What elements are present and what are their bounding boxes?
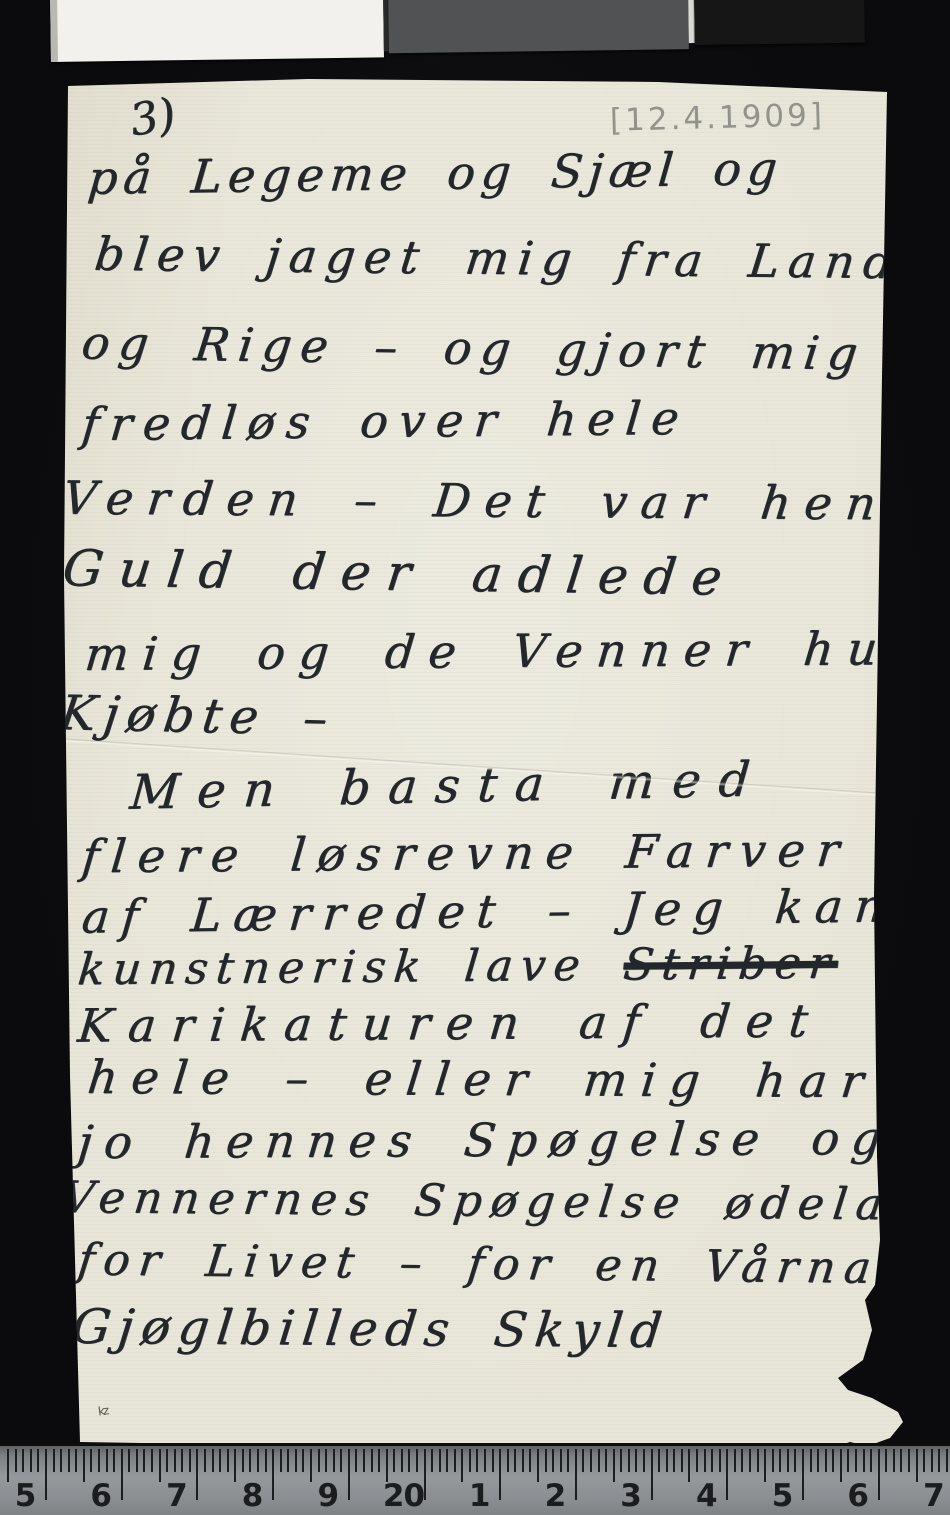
ruler-tick — [174, 1449, 176, 1472]
ruler-tick — [128, 1449, 130, 1472]
ruler-tick — [318, 1449, 320, 1472]
handwriting-line: fredløs over hele — [80, 395, 692, 447]
ruler-tick — [280, 1449, 282, 1472]
crossed-out-word: Striber — [621, 938, 840, 991]
handwriting-line: på Legeme og Sjæl og — [86, 145, 785, 201]
ruler-tick — [454, 1449, 456, 1472]
ruler-tick — [393, 1449, 395, 1472]
ruler-tick — [15, 1449, 17, 1472]
letter-page: 3) [12.4.1909] på Legeme og Sjæl ogblev … — [58, 76, 910, 1452]
ruler-tick — [98, 1449, 100, 1472]
scan-stage: 3) [12.4.1909] på Legeme og Sjæl ogblev … — [0, 0, 950, 1515]
ruler-number: 4 — [676, 1478, 736, 1514]
ruler-tick — [787, 1449, 789, 1472]
ruler-tick — [401, 1449, 403, 1472]
ruler-tick — [363, 1449, 365, 1472]
ruler-tick — [817, 1449, 819, 1472]
ruler-tick — [325, 1449, 327, 1472]
ruler-tick — [68, 1449, 70, 1472]
ruler-tick — [378, 1449, 380, 1472]
ruler-tick — [189, 1449, 191, 1472]
ruler-tick — [371, 1449, 373, 1472]
ruler-tick — [242, 1449, 244, 1472]
ruler-tick — [719, 1449, 721, 1472]
ruler-tick — [825, 1449, 827, 1472]
ruler-tick — [605, 1449, 607, 1472]
ruler-tick — [885, 1449, 887, 1472]
ruler-tick — [302, 1449, 304, 1472]
ruler-tick — [673, 1449, 675, 1472]
handwriting-line: hele – eller mig har — [85, 1054, 879, 1104]
ruler-tick — [204, 1449, 206, 1472]
ruler-number: 20 — [374, 1478, 434, 1514]
ruler-number: 7 — [146, 1478, 206, 1514]
ruler-tick — [870, 1449, 872, 1472]
ruler-tick — [643, 1449, 645, 1472]
handwriting-line: Vennernes Spøgelse ødelagt — [60, 1176, 950, 1228]
ruler-tick — [734, 1449, 736, 1472]
ruler-tick — [408, 1449, 410, 1472]
ruler-tick — [90, 1449, 92, 1472]
ruler-tick — [106, 1449, 108, 1472]
ruler-number: 6 — [828, 1478, 888, 1514]
ruler-tick — [60, 1449, 62, 1472]
ruler-tick — [704, 1449, 706, 1472]
handwriting-line: Guld der adlede — [60, 543, 740, 602]
ruler-number: 3 — [601, 1478, 661, 1514]
ruler-tick — [938, 1449, 940, 1472]
ruler-tick — [832, 1449, 834, 1472]
ruler-tick — [855, 1449, 857, 1472]
ruler-tick — [908, 1449, 910, 1472]
handwriting-line: af Lærredet – Jeg kan — [80, 882, 898, 939]
ruler-tick — [772, 1449, 774, 1472]
ruler-tick — [166, 1449, 168, 1472]
ruler-tick — [658, 1449, 660, 1472]
ruler-tick — [30, 1449, 32, 1472]
ruler-tick — [893, 1449, 895, 1472]
ruler-tick — [469, 1449, 471, 1472]
ruler-tick — [590, 1449, 592, 1472]
ruler-tick — [295, 1449, 297, 1472]
ruler-tick — [620, 1449, 622, 1472]
handwriting-line: Kjøbte – — [57, 689, 338, 743]
ruler-tick — [567, 1449, 569, 1472]
handwriting-line: og Rige – og gjort mig — [79, 320, 868, 377]
centimetre-ruler: 56789201234567 — [0, 1443, 950, 1515]
handwriting-line: Gjøglbilleds Skyld — [69, 1303, 672, 1355]
ruler-number: 7 — [903, 1478, 950, 1514]
ruler-tick — [249, 1449, 251, 1472]
ruler-tick — [923, 1449, 925, 1472]
ruler-tick — [446, 1449, 448, 1472]
blindstamp-mark: kz — [97, 1403, 108, 1418]
ruler-tick — [598, 1449, 600, 1472]
ruler-tick — [333, 1449, 335, 1472]
ruler-tick — [143, 1449, 145, 1472]
ruler-tick — [181, 1449, 183, 1472]
ruler-tick — [529, 1449, 531, 1472]
ruler-tick — [340, 1449, 342, 1472]
ruler-tick — [779, 1449, 781, 1472]
ruler-number: 2 — [525, 1478, 585, 1514]
ruler-number: 5 — [752, 1478, 812, 1514]
ruler-tick — [749, 1449, 751, 1472]
grayscale-calibration-strip — [50, 0, 865, 66]
ruler-tick — [582, 1449, 584, 1472]
ruler-tick — [696, 1449, 698, 1472]
ruler-tick — [439, 1449, 441, 1472]
ruler-tick — [681, 1449, 683, 1472]
page-number: 3) — [126, 88, 179, 146]
ruler-tick — [53, 1449, 55, 1472]
handwriting-line: Karikaturen af det — [76, 997, 826, 1048]
ruler-tick — [900, 1449, 902, 1472]
ruler-tick — [794, 1449, 796, 1472]
ruler-tick — [507, 1449, 509, 1472]
ruler-tick — [227, 1449, 229, 1472]
ruler-tick — [946, 1449, 948, 1472]
white-patch — [50, 0, 384, 62]
handwriting-line: blev jaget mig fra Land — [92, 231, 904, 285]
handwriting-line: Verden – Det var hennes — [60, 475, 950, 528]
ruler-tick — [560, 1449, 562, 1472]
ruler-tick — [522, 1449, 524, 1472]
ruler-tick — [212, 1449, 214, 1472]
mid-gray-patch — [388, 0, 689, 53]
handwriting-line: kunstnerisk lave Striber — [76, 942, 840, 993]
ruler-tick — [810, 1449, 812, 1472]
ruler-tick — [355, 1449, 357, 1472]
ruler-tick — [484, 1449, 486, 1472]
ruler-tick — [628, 1449, 630, 1472]
ruler-tick — [514, 1449, 516, 1472]
ruler-tick — [847, 1449, 849, 1472]
ruler-tick — [552, 1449, 554, 1472]
ruler-number: 5 — [0, 1478, 55, 1514]
ruler-tick — [431, 1449, 433, 1472]
ruler-tick — [741, 1449, 743, 1472]
ruler-tick — [416, 1449, 418, 1472]
ruler-tick — [219, 1449, 221, 1472]
ruler-tick — [635, 1449, 637, 1472]
ruler-number: 6 — [71, 1478, 131, 1514]
ruler-tick — [75, 1449, 77, 1472]
ruler-number: 1 — [449, 1478, 509, 1514]
ruler-tick — [113, 1449, 115, 1472]
ruler-tick — [492, 1449, 494, 1472]
ruler-tick — [863, 1449, 865, 1472]
handwriting-line: for Livet – for en Vårnats — [75, 1239, 940, 1292]
ruler-tick — [265, 1449, 267, 1472]
ruler-tick — [666, 1449, 668, 1472]
ruler-number: 9 — [298, 1478, 358, 1514]
ruler-tick — [151, 1449, 153, 1472]
ruler-tick — [757, 1449, 759, 1472]
handwriting-line: jo hennes Spøgelse og — [76, 1115, 895, 1165]
ruler-number: 8 — [222, 1478, 282, 1514]
ruler-tick — [711, 1449, 713, 1472]
ruler-tick — [37, 1449, 39, 1472]
ruler-tick — [136, 1449, 138, 1472]
handwriting-line: flere løsrevne Farver — [80, 827, 853, 880]
handwriting-line: mig og de Venner hun — [83, 625, 937, 677]
ruler-tick — [545, 1449, 547, 1472]
date-annotation: [12.4.1909] — [610, 97, 826, 139]
ruler-tick — [257, 1449, 259, 1472]
ruler-tick — [22, 1449, 24, 1472]
black-patch — [694, 0, 865, 45]
ruler-tick — [476, 1449, 478, 1472]
ruler-tick — [931, 1449, 933, 1472]
ruler-tick — [287, 1449, 289, 1472]
